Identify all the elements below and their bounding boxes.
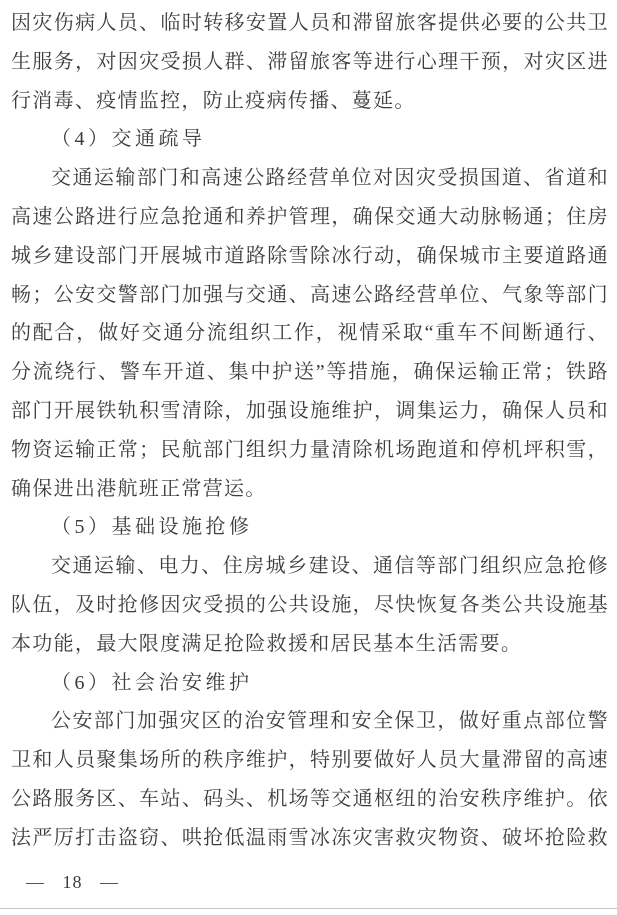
text-line: 城乡建设部门开展城市道路除雪除冰行动，确保城市主要道路通 xyxy=(11,237,608,276)
text-line: 分流绕行、警车开道、集中护送”等措施，确保运输正常；铁路 xyxy=(11,353,608,392)
text-line: 部门开展铁轨积雪清除，加强设施维护，调集运力，确保人员和 xyxy=(11,392,608,431)
text-line: 确保进出港航班正常营运。 xyxy=(11,470,608,509)
text-line: 交通运输、电力、住房城乡建设、通信等部门组织应急抢修 xyxy=(11,547,608,586)
text-line: 行消毒、疫情监控，防止疫病传播、蔓延。 xyxy=(11,82,608,121)
text-line: 畅；公安交警部门加强与交通、高速公路经营单位、气象等部门 xyxy=(11,276,608,315)
text-line: 高速公路进行应急抢通和养护管理，确保交通大动脉畅通；住房 xyxy=(11,198,608,237)
text-line: 物资运输正常；民航部门组织力量清除机场跑道和停机坪积雪， xyxy=(11,431,608,470)
text-line: 法严厉打击盗窃、哄抢低温雨雪冰冻灾害救灾物资、破坏抢险救 xyxy=(11,819,608,858)
document-body: 因灾伤病人员、临时转移安置人员和滞留旅客提供必要的公共卫生服务，对因灾受损人群、… xyxy=(0,0,617,858)
text-line: 公安部门加强灾区的治安管理和安全保卫，做好重点部位警 xyxy=(11,702,608,741)
section-heading: （5）基础设施抢修 xyxy=(11,508,608,547)
text-line: 队伍，及时抢修因灾受损的公共设施，尽快恢复各类公共设施基 xyxy=(11,586,608,625)
section-heading: （4）交通疏导 xyxy=(11,120,608,159)
text-line: 生服务，对因灾受损人群、滞留旅客等进行心理干预，对灾区进 xyxy=(11,43,608,82)
text-line: 的配合，做好交通分流组织工作，视情采取“重车不间断通行、 xyxy=(11,314,608,353)
page-number: — 18 — xyxy=(26,872,119,892)
page-footer: — 18 — xyxy=(26,872,119,893)
section-heading: （6）社会治安维护 xyxy=(11,664,608,703)
text-line: 因灾伤病人员、临时转移安置人员和滞留旅客提供必要的公共卫 xyxy=(11,4,608,43)
document-page: 因灾伤病人员、临时转移安置人员和滞留旅客提供必要的公共卫生服务，对因灾受损人群、… xyxy=(0,0,617,915)
text-line: 交通运输部门和高速公路经营单位对因灾受损国道、省道和 xyxy=(11,159,608,198)
text-line: 公路服务区、车站、码头、机场等交通枢纽的治安秩序维护。依 xyxy=(11,780,608,819)
text-line: 卫和人员聚集场所的秩序维护，特别要做好人员大量滞留的高速 xyxy=(11,741,608,780)
text-line: 本功能，最大限度满足抢险救援和居民基本生活需要。 xyxy=(11,625,608,664)
scan-edge-line xyxy=(0,908,617,909)
